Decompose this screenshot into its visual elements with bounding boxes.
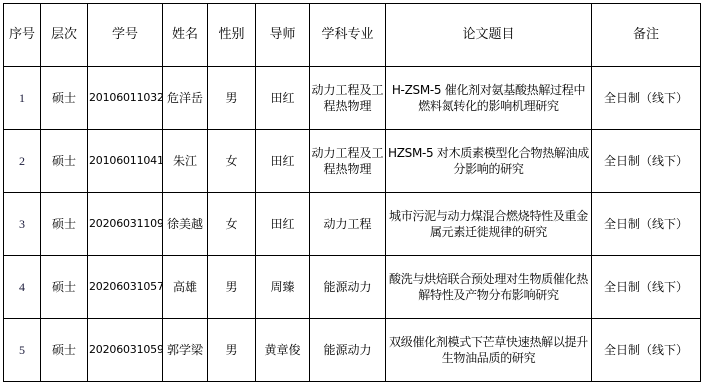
cell-student-id: 20206031059 [88, 319, 163, 382]
header-row: 序号 层次 学号 姓名 性别 导师 学科专业 论文题目 备注 [4, 4, 701, 67]
table-row: 4 硕士 20206031057 高雄 男 周臻 能源动力 酸洗与烘焙联合预处理… [4, 256, 701, 319]
cell-major: 能源动力 [310, 256, 386, 319]
cell-level: 硕士 [41, 67, 88, 130]
cell-note: 全日制（线下） [592, 319, 701, 382]
cell-index: 1 [4, 67, 41, 130]
cell-index: 4 [4, 256, 41, 319]
cell-gender: 男 [208, 256, 256, 319]
cell-student-id: 20106011032 [88, 67, 163, 130]
cell-major: 动力工程及工程热物理 [310, 67, 386, 130]
cell-note: 全日制（线下） [592, 130, 701, 193]
cell-level: 硕士 [41, 319, 88, 382]
table-row: 1 硕士 20106011032 危洋岳 男 田红 动力工程及工程热物理 H-Z… [4, 67, 701, 130]
cell-name: 朱江 [163, 130, 208, 193]
cell-name: 危洋岳 [163, 67, 208, 130]
header-student-id: 学号 [88, 4, 163, 67]
header-major: 学科专业 [310, 4, 386, 67]
cell-advisor: 田红 [256, 193, 310, 256]
cell-thesis-title: H-ZSM-5 催化剂对氨基酸热解过程中燃料氮转化的影响机理研究 [386, 67, 592, 130]
cell-major: 能源动力 [310, 319, 386, 382]
cell-level: 硕士 [41, 256, 88, 319]
cell-index: 5 [4, 319, 41, 382]
table-row: 5 硕士 20206031059 郭学梁 男 黄章俊 能源动力 双级催化剂模式下… [4, 319, 701, 382]
cell-major: 动力工程 [310, 193, 386, 256]
cell-gender: 男 [208, 319, 256, 382]
cell-thesis-title: 酸洗与烘焙联合预处理对生物质催化热解特性及产物分布影响研究 [386, 256, 592, 319]
cell-index: 2 [4, 130, 41, 193]
header-index: 序号 [4, 4, 41, 67]
cell-note: 全日制（线下） [592, 256, 701, 319]
header-advisor: 导师 [256, 4, 310, 67]
cell-thesis-title: 双级催化剂模式下芒草快速热解以提升生物油品质的研究 [386, 319, 592, 382]
cell-student-id: 20106011041 [88, 130, 163, 193]
thesis-table: 序号 层次 学号 姓名 性别 导师 学科专业 论文题目 备注 1 硕士 2010… [3, 3, 701, 382]
header-note: 备注 [592, 4, 701, 67]
cell-advisor: 田红 [256, 67, 310, 130]
cell-gender: 男 [208, 67, 256, 130]
cell-advisor: 黄章俊 [256, 319, 310, 382]
cell-advisor: 周臻 [256, 256, 310, 319]
cell-thesis-title: 城市污泥与动力煤混合燃烧特性及重金属元素迁徙规律的研究 [386, 193, 592, 256]
cell-thesis-title: HZSM-5 对木质素模型化合物热解油成分影响的研究 [386, 130, 592, 193]
cell-name: 郭学梁 [163, 319, 208, 382]
cell-gender: 女 [208, 193, 256, 256]
cell-student-id: 20206031057 [88, 256, 163, 319]
header-thesis-title: 论文题目 [386, 4, 592, 67]
cell-note: 全日制（线下） [592, 193, 701, 256]
cell-name: 徐美越 [163, 193, 208, 256]
table-row: 3 硕士 20206031109 徐美越 女 田红 动力工程 城市污泥与动力煤混… [4, 193, 701, 256]
cell-level: 硕士 [41, 193, 88, 256]
cell-index: 3 [4, 193, 41, 256]
header-name: 姓名 [163, 4, 208, 67]
table-row: 2 硕士 20106011041 朱江 女 田红 动力工程及工程热物理 HZSM… [4, 130, 701, 193]
header-level: 层次 [41, 4, 88, 67]
cell-gender: 女 [208, 130, 256, 193]
cell-student-id: 20206031109 [88, 193, 163, 256]
cell-name: 高雄 [163, 256, 208, 319]
cell-major: 动力工程及工程热物理 [310, 130, 386, 193]
cell-note: 全日制（线下） [592, 67, 701, 130]
header-gender: 性别 [208, 4, 256, 67]
cell-level: 硕士 [41, 130, 88, 193]
cell-advisor: 田红 [256, 130, 310, 193]
